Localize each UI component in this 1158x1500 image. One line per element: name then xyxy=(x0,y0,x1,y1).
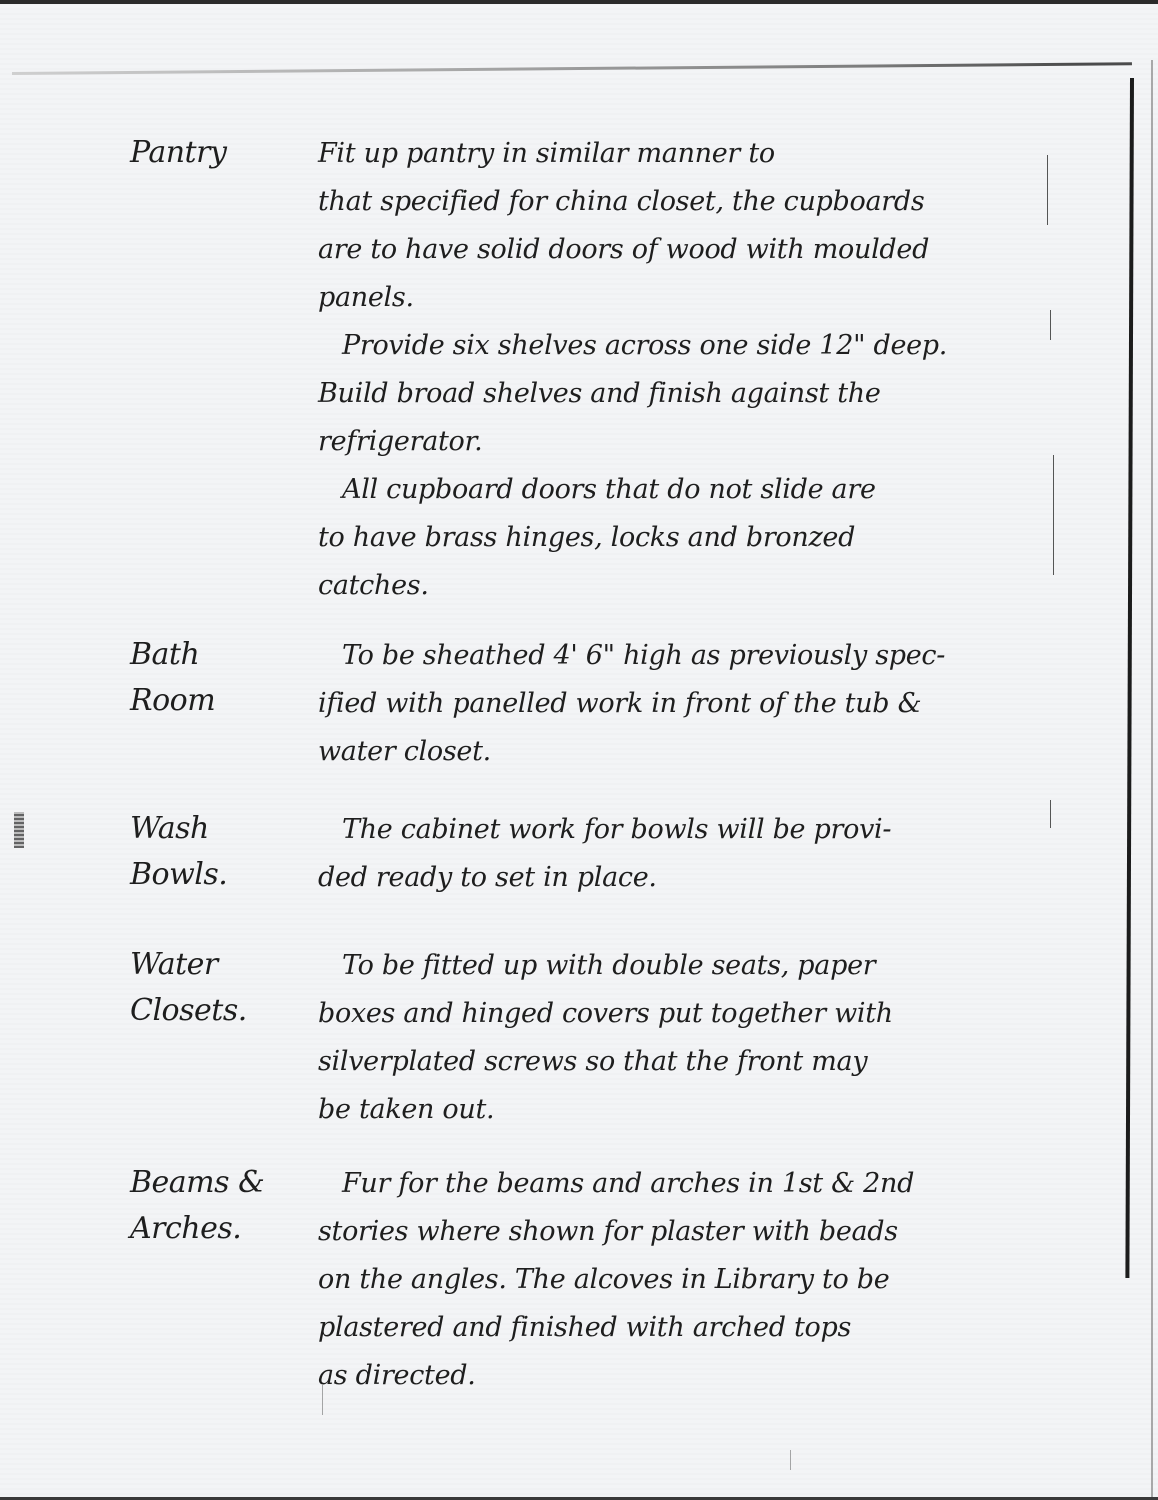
text-line: The cabinet work for bowls will be provi… xyxy=(318,806,1048,854)
section-heading: Bath Room xyxy=(130,632,215,724)
text-line: plastered and finished with arched tops xyxy=(318,1304,1048,1352)
text-line: that specified for china closet, the cup… xyxy=(318,178,1048,226)
margin-mark xyxy=(1050,310,1051,340)
section-body: Fit up pantry in similar manner to that … xyxy=(318,130,1048,610)
text-line: panels. xyxy=(318,274,1048,322)
text-line: To be fitted up with double seats, paper xyxy=(318,942,1048,990)
section-body: The cabinet work for bowls will be provi… xyxy=(318,806,1048,902)
text-line: be taken out. xyxy=(318,1086,1048,1134)
text-line: Fit up pantry in similar manner to xyxy=(318,130,1048,178)
margin-mark xyxy=(790,1450,791,1470)
text-line: To be sheathed 4' 6" high as previously … xyxy=(318,632,1048,680)
top-margin-rule xyxy=(12,62,1132,75)
text-line: Fur for the beams and arches in 1st & 2n… xyxy=(318,1160,1048,1208)
text-line: stories where shown for plaster with bea… xyxy=(318,1208,1048,1256)
text-line: on the angles. The alcoves in Library to… xyxy=(318,1256,1048,1304)
text-line: are to have solid doors of wood with mou… xyxy=(318,226,1048,274)
scan-top-edge xyxy=(0,0,1158,4)
text-line: silverplated screws so that the front ma… xyxy=(318,1038,1048,1086)
text-line: ified with panelled work in front of the… xyxy=(318,680,1048,728)
text-line: Build broad shelves and finish against t… xyxy=(318,370,1048,418)
text-line: All cupboard doors that do not slide are xyxy=(318,466,1048,514)
margin-mark xyxy=(1053,455,1054,575)
text-line: as directed. xyxy=(318,1352,1048,1400)
text-line: ded ready to set in place. xyxy=(318,854,1048,902)
text-line: Provide six shelves across one side 12" … xyxy=(318,322,1048,370)
margin-mark xyxy=(1050,800,1051,828)
right-page-edge xyxy=(1151,60,1153,1500)
section-body: To be fitted up with double seats, paper… xyxy=(318,942,1048,1134)
scanned-page: Pantry Fit up pantry in similar manner t… xyxy=(0,0,1158,1500)
text-line: refrigerator. xyxy=(318,418,1048,466)
text-line: water closet. xyxy=(318,728,1048,776)
section-heading: Pantry xyxy=(130,130,226,176)
section-heading: Wash Bowls. xyxy=(130,806,227,898)
text-line: to have brass hinges, locks and bronzed xyxy=(318,514,1048,562)
text-line: catches. xyxy=(318,562,1048,610)
right-margin-rule xyxy=(1125,78,1134,1278)
section-body: To be sheathed 4' 6" high as previously … xyxy=(318,632,1048,776)
text-line: boxes and hinged covers put together wit… xyxy=(318,990,1048,1038)
section-body: Fur for the beams and arches in 1st & 2n… xyxy=(318,1160,1048,1400)
scan-artifact xyxy=(14,812,24,848)
section-heading: Beams & Arches. xyxy=(130,1160,264,1252)
section-heading: Water Closets. xyxy=(130,942,247,1034)
